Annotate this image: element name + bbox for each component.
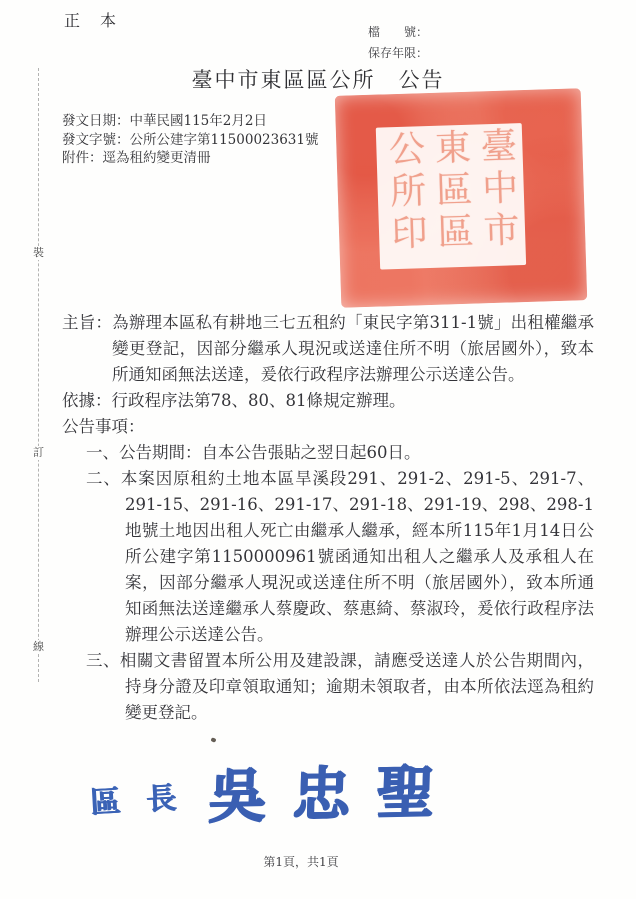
document-meta: 發文日期：中華民國115年2月2日 發文字號：公所公建字第11500023631… [62, 112, 318, 168]
retention-period-label: 保存年限： [368, 43, 428, 64]
issue-date: 發文日期：中華民國115年2月2日 [62, 112, 318, 131]
item-3-text: 相關文書留置本所公用及建設課，請應受送達人於公告期間內，持身分證及印章領取通知；… [120, 651, 594, 722]
item-1: 一、公告期間：自本公告張貼之翌日起60日。 [86, 440, 594, 466]
items-list: 一、公告期間：自本公告張貼之翌日起60日。 二、本案因原租約土地本區旱溪段291… [86, 440, 594, 726]
subject-paragraph: 主旨：為辦理本區私有耕地三七五租約「東民字第311-1號」出租權繼承變更登記，因… [62, 310, 594, 388]
announcement-body: 主旨：為辦理本區私有耕地三七五租約「東民字第311-1號」出租權繼承變更登記，因… [62, 310, 594, 726]
item-3-number: 三、 [86, 651, 120, 670]
item-2-text: 本案因原租約土地本區旱溪段291、291-2、291-5、291-7、291-1… [121, 469, 594, 644]
item-1-text: 公告期間：自本公告張貼之翌日起60日。 [119, 443, 421, 462]
subject-label: 主旨： [62, 313, 112, 332]
item-3: 三、相關文書留置本所公用及建設課，請應受送達人於公告期間內，持身分證及印章領取通… [86, 648, 594, 726]
archive-info: 檔 號： 保存年限： [368, 22, 428, 64]
page-number: 第1頁，共1頁 [0, 853, 602, 870]
chief-title: 區長 [89, 772, 203, 822]
seal-inner-face: 臺中市東區區公所印 [376, 123, 526, 270]
chief-name: 吳忠聖 [207, 744, 462, 833]
scan-speck-artifact [210, 737, 216, 743]
official-red-seal: 臺中市東區區公所印 [335, 88, 588, 308]
attachment-note: 附件：逕為租約變更清冊 [62, 149, 318, 168]
item-2: 二、本案因原租約土地本區旱溪段291、291-2、291-5、291-7、291… [86, 466, 594, 648]
announcement-document: 正 本 檔 號： 保存年限： 臺中市東區區公所 公告 發文日期：中華民國115年… [0, 0, 636, 899]
subject-text: 為辦理本區私有耕地三七五租約「東民字第311-1號」出租權繼承變更登記，因部分繼… [112, 313, 594, 384]
issue-number: 發文字號：公所公建字第11500023631號 [62, 131, 318, 150]
binding-mark-ding: 訂 [31, 446, 46, 460]
legal-basis: 依據：行政程序法第78、80、81條規定辦理。 [62, 388, 594, 414]
item-1-number: 一、 [86, 443, 119, 462]
chief-signature-stamp: 區長吳忠聖 [89, 744, 461, 836]
seal-script-text: 臺中市東區區公所印 [380, 126, 522, 266]
binding-mark-zhuang: 裝 [31, 246, 46, 260]
binding-margin-line [38, 68, 39, 682]
items-header: 公告事項： [62, 414, 594, 440]
copy-type-label: 正 本 [64, 8, 118, 31]
binding-mark-xian: 線 [31, 640, 46, 654]
file-number-label: 檔 號： [368, 22, 428, 43]
item-2-number: 二、 [86, 469, 121, 488]
